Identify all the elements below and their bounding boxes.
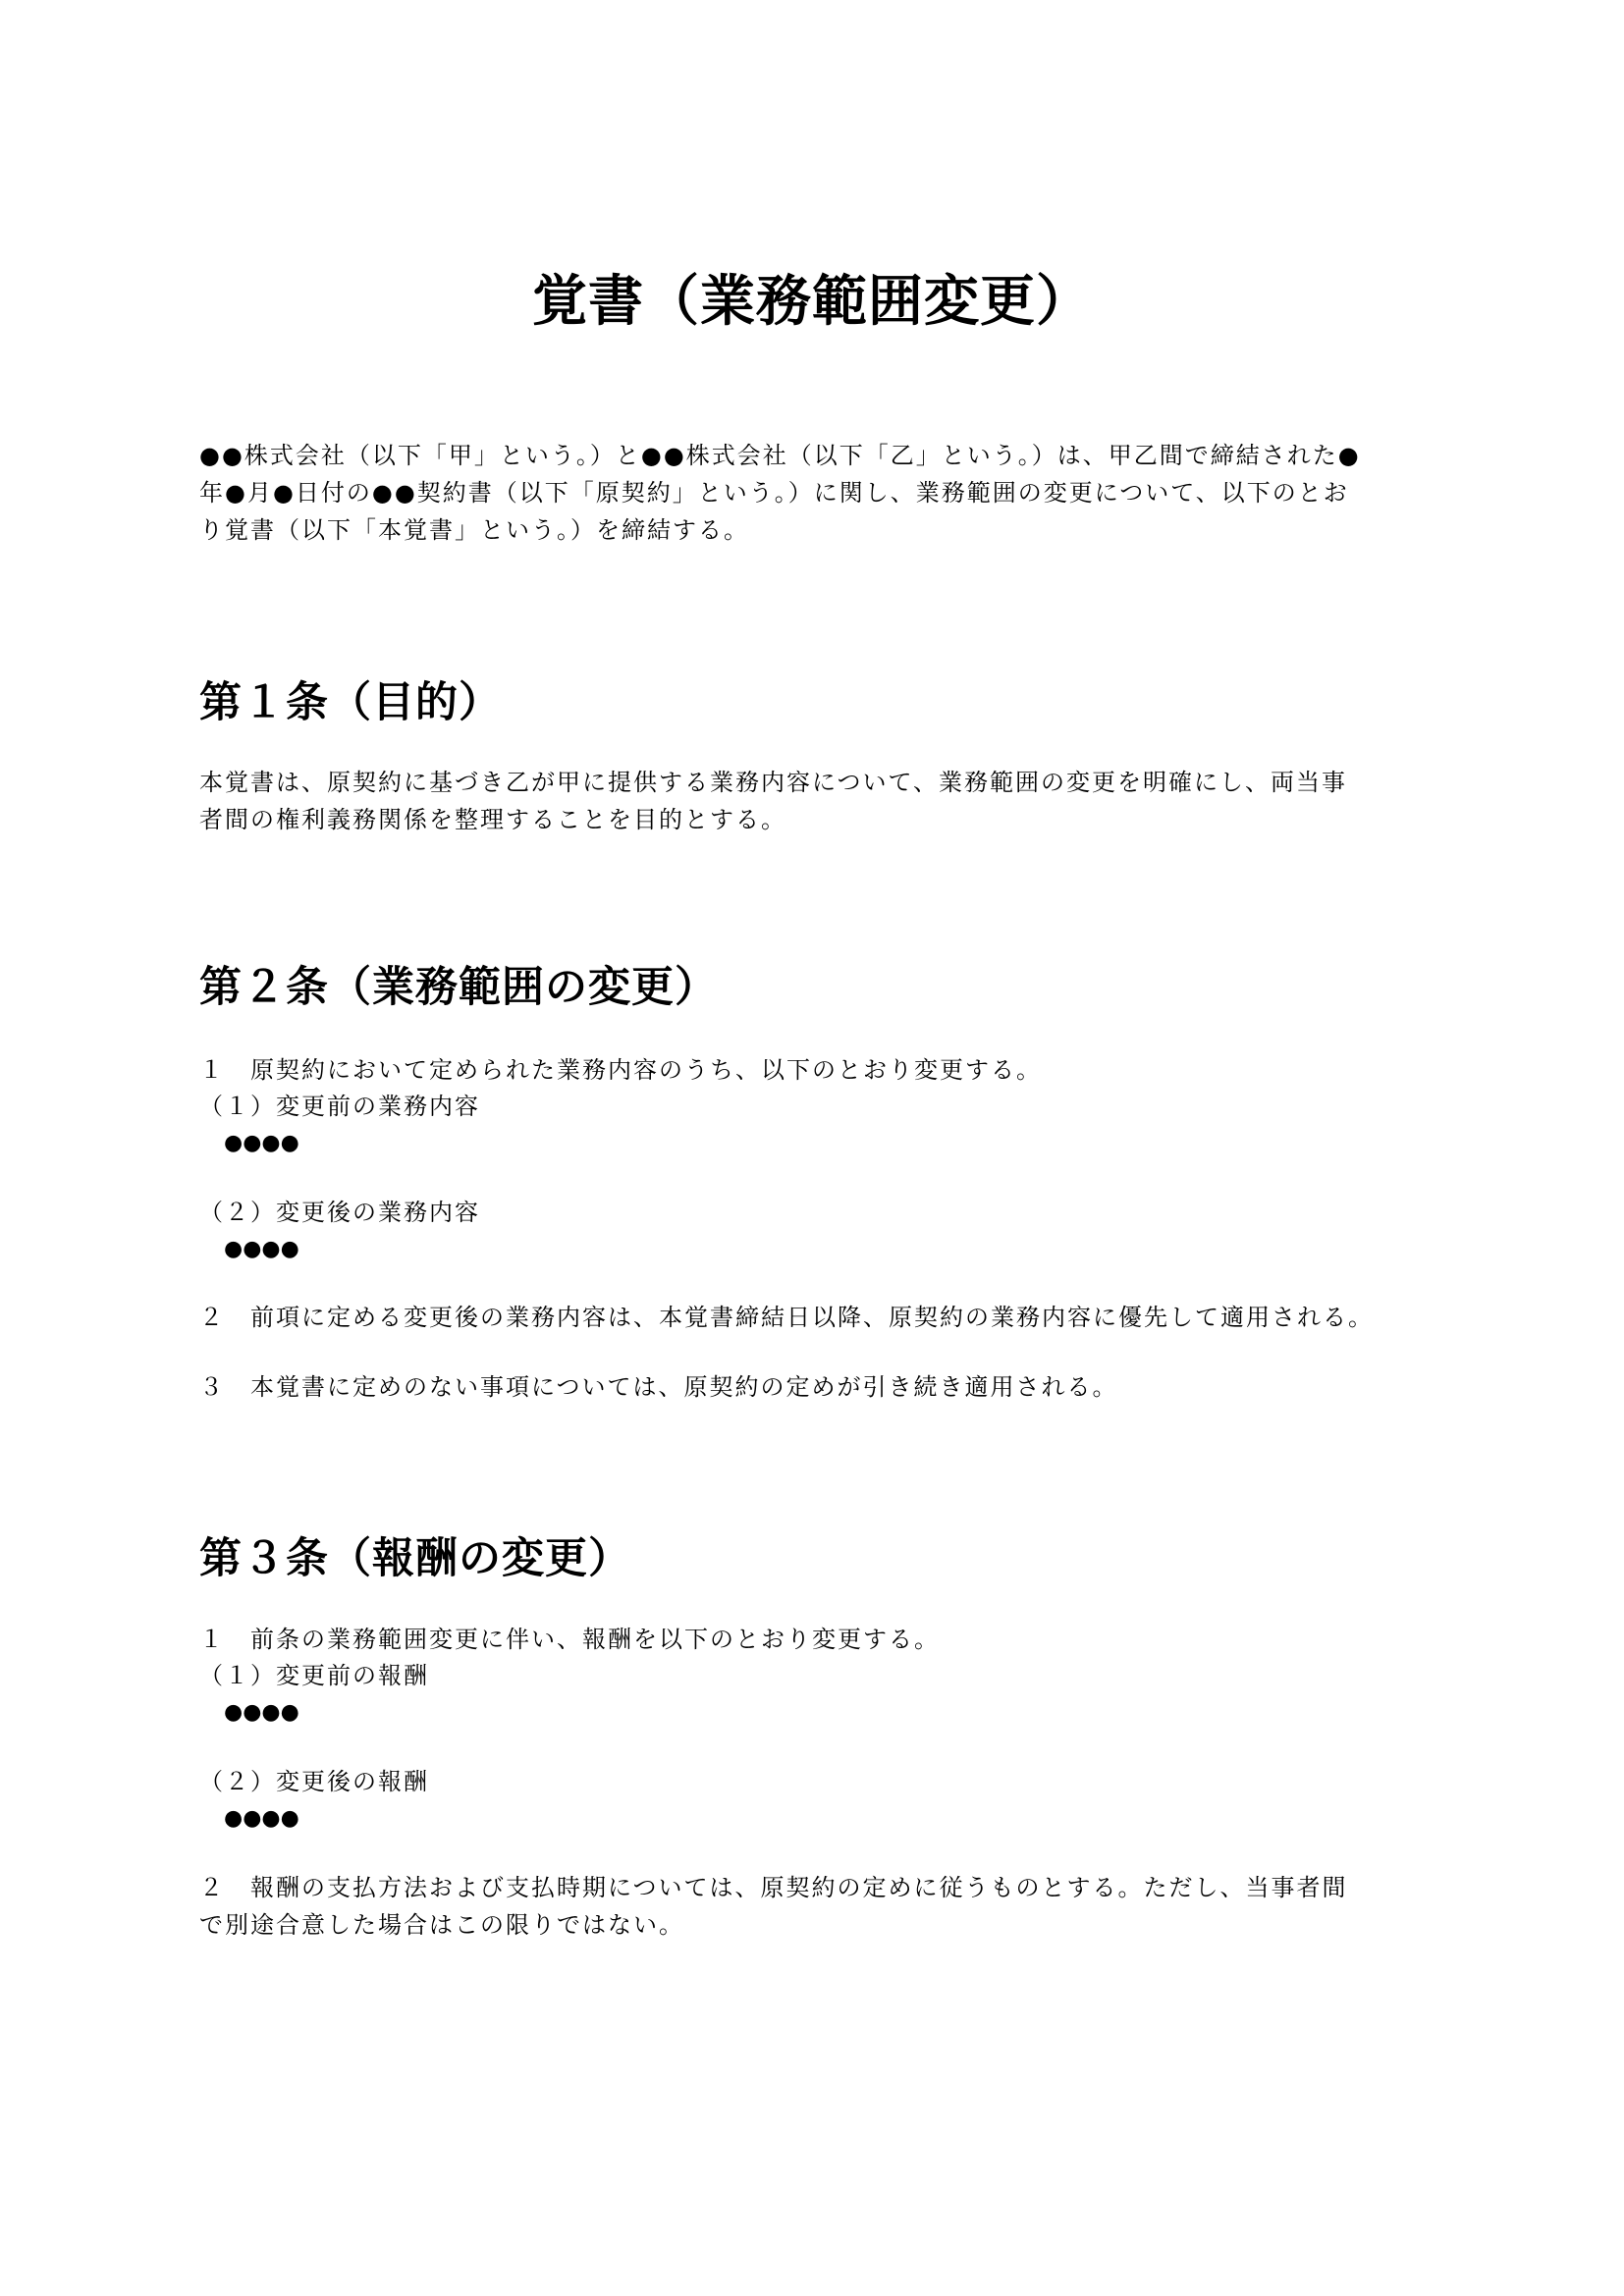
article-1-body-line: 者間の権利義務関係を整理することを目的とする。 <box>199 801 1456 838</box>
article-2-heading: 第２条（業務範囲の変更） <box>199 960 718 1015</box>
preamble-line: ●●株式会社（以下「甲」という。）と●●株式会社（以下「乙」という。）は、甲乙間… <box>199 437 1456 474</box>
article-3-item-2-value: ●●●● <box>224 1802 299 1836</box>
article-3-item-1-value: ●●●● <box>224 1696 299 1730</box>
article-2-clause-3: ３ 本覚書に定めのない事項については、原契約の定めが引き続き適用される。 <box>199 1370 1118 1404</box>
article-3-clause-2-line: ２ 報酬の支払方法および支払時期については、原契約の定めに従うものとする。ただし… <box>199 1869 1456 1906</box>
article-2-item-2-value: ●●●● <box>224 1233 299 1266</box>
article-3-clause-1: １ 前条の業務範囲変更に伴い、報酬を以下のとおり変更する。 <box>199 1623 940 1656</box>
article-3-clause-2-line: で別途合意した場合はこの限りではない。 <box>199 1906 1456 1944</box>
document-page: 覚書（業務範囲変更） ●●株式会社（以下「甲」という。）と●●株式会社（以下「乙… <box>0 0 1624 2296</box>
article-3-clause-2: ２ 報酬の支払方法および支払時期については、原契約の定めに従うものとする。ただし… <box>199 1869 1456 1944</box>
article-3-item-2-label: （２）変更後の報酬 <box>199 1765 429 1798</box>
preamble-line: 年●月●日付の●●契約書（以下「原契約」という。）に関し、業務範囲の変更について… <box>199 474 1456 511</box>
preamble-line: り覚書（以下「本覚書」という。）を締結する。 <box>199 511 1456 549</box>
article-1-body: 本覚書は、原契約に基づき乙が甲に提供する業務内容について、業務範囲の変更を明確に… <box>199 764 1456 838</box>
article-2-item-1-value: ●●●● <box>224 1127 299 1160</box>
article-2-item-2-label: （２）変更後の業務内容 <box>199 1196 480 1229</box>
article-2-clause-2: ２ 前項に定める変更後の業務内容は、本覚書締結日以降、原契約の業務内容に優先して… <box>199 1301 1374 1334</box>
preamble: ●●株式会社（以下「甲」という。）と●●株式会社（以下「乙」という。）は、甲乙間… <box>199 437 1456 549</box>
article-1-body-line: 本覚書は、原契約に基づき乙が甲に提供する業務内容について、業務範囲の変更を明確に… <box>199 764 1456 801</box>
document-title: 覚書（業務範囲変更） <box>0 267 1624 338</box>
article-1-heading: 第１条（目的） <box>199 675 502 730</box>
article-2-clause-1: １ 原契約において定められた業務内容のうち、以下のとおり変更する。 <box>199 1053 1042 1087</box>
article-3-heading: 第３条（報酬の変更） <box>199 1531 631 1586</box>
article-2-item-1-label: （１）変更前の業務内容 <box>199 1090 480 1123</box>
article-3-item-1-label: （１）変更前の報酬 <box>199 1659 429 1692</box>
